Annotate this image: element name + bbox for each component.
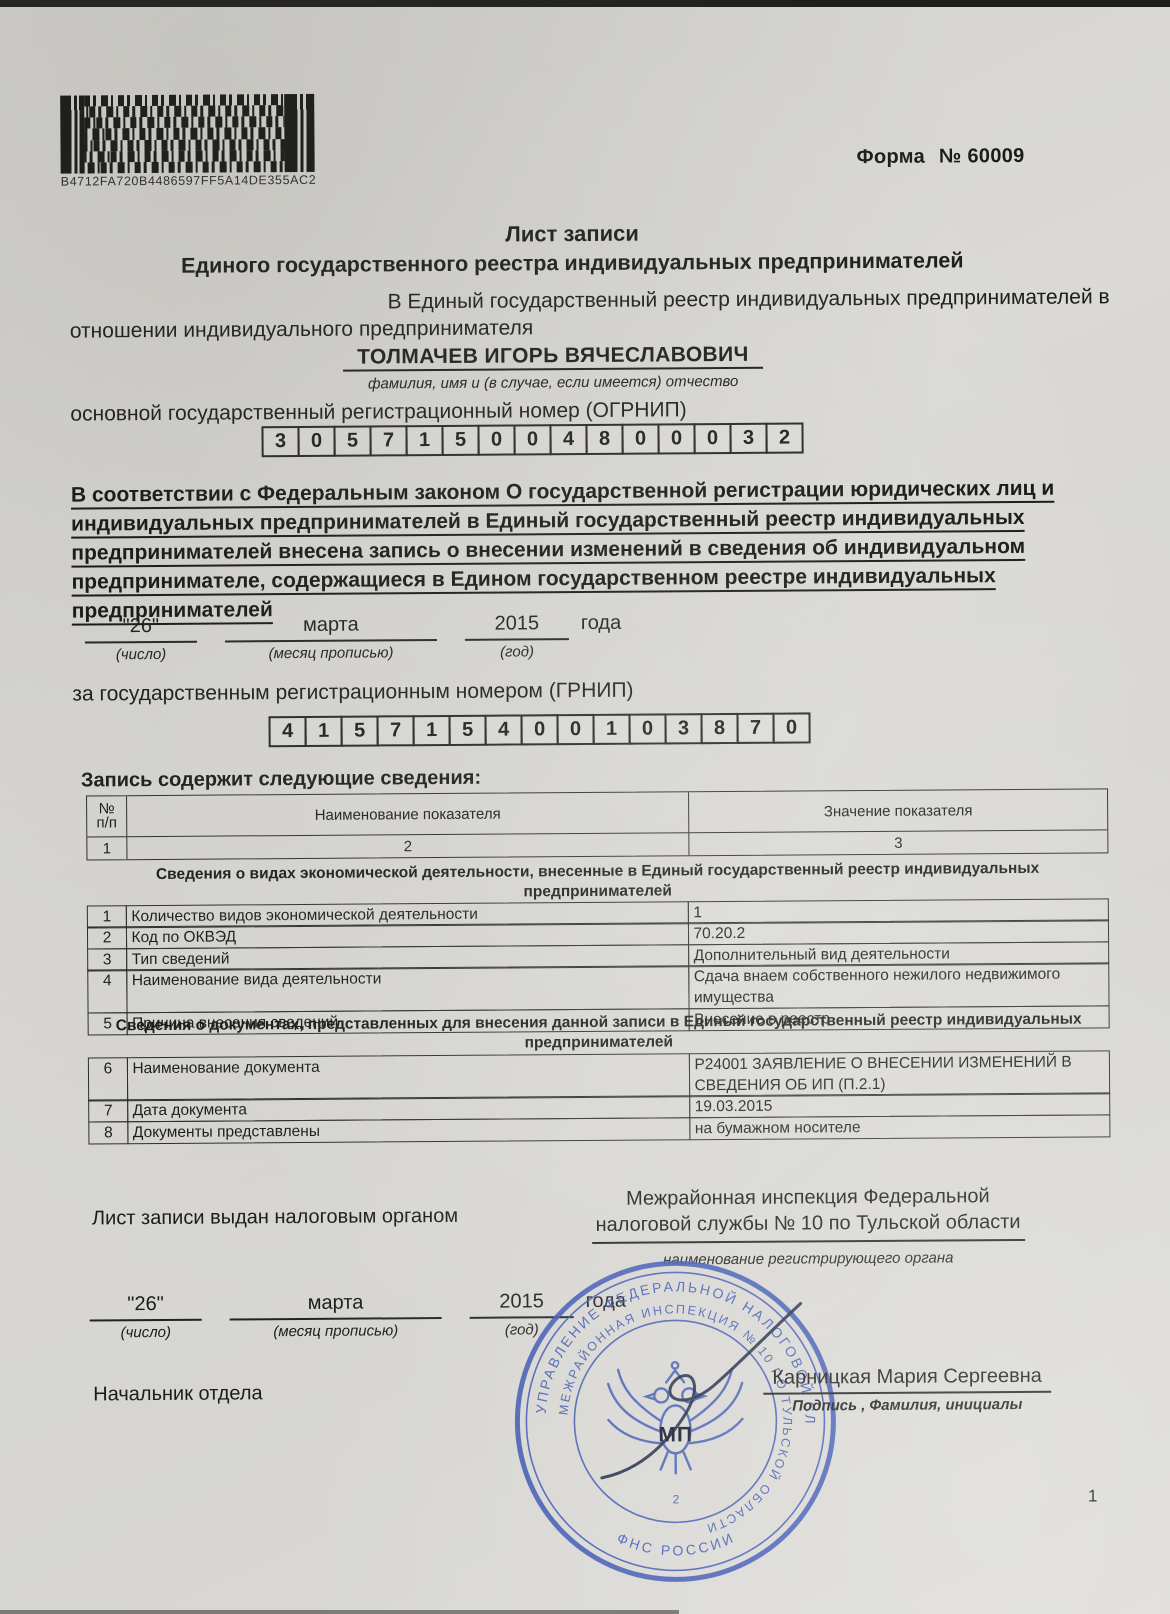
col-index-3: 3 [689,829,1107,855]
name-caption: фамилия, имя и (в случае, если имеется) … [0,370,1108,395]
digit-cell: 5 [333,425,371,456]
signatory-caption: Подпись , Фамилия, инициалы [757,1396,1057,1415]
row-number: 2 [87,926,127,949]
mp-mark: МП [658,1423,693,1447]
digit-cell: 7 [736,713,774,744]
digit-cell: 4 [268,716,306,747]
digit-cell: 1 [405,425,443,456]
document-subtitle: Единого государственного реестра индивид… [0,247,1147,280]
ogrnip-label: основной государственный регистрационный… [70,398,686,426]
date-year-value: 2015 [465,612,569,641]
digit-cell: 8 [585,424,623,455]
table-caption: Запись содержит следующие сведения: [81,767,481,793]
col-header-value: Значение показателя [689,789,1107,832]
issued-by-text: Лист записи выдан налоговым органом [92,1205,458,1231]
digit-cell: 3 [729,423,767,454]
digit-cell: 0 [297,426,335,457]
col-header-num: № п/п [87,796,127,836]
digit-cell: 1 [412,715,450,746]
barcode-rows [84,94,285,173]
barcode-code-text: B4712FA720B4486597FF5A14DE355AC2 [61,173,315,189]
digit-cell: 0 [693,423,731,454]
signatory-position: Начальник отдела [93,1382,263,1406]
grnip-label: за государственным регистрационным номер… [72,679,633,707]
grnip-digit-boxes: 4 1 5 7 1 5 4 0 0 1 0 3 8 7 0 [268,712,810,747]
date-day-label: (число) [85,643,197,664]
col-header-name: Наименование показателя [127,792,689,836]
date-day-label: (число) [90,1321,202,1342]
date-day-field: "26" (число) [85,615,197,664]
barcode-start-pattern [60,95,85,173]
digit-cell: 1 [304,716,342,747]
digit-cell: 0 [772,712,810,743]
seal-bottom-mark: 2 [673,1492,680,1506]
table-header: № п/п Наименование показателя Значение п… [86,788,1108,860]
row-value: Сдача внаем собственного нежилого недвиж… [688,962,1110,1009]
record-date: "26" (число) марта (месяц прописью) 2015… [85,612,622,664]
digit-cell: 8 [700,713,738,744]
digit-cell: 5 [448,715,486,746]
row-number: 1 [87,905,127,928]
row-number: 6 [88,1057,128,1101]
ogrnip-digit-boxes: 3 0 5 7 1 5 0 0 4 8 0 0 0 3 2 [261,422,803,457]
row-name: Документы представлены [127,1117,691,1144]
digit-cell: 5 [340,715,378,746]
form-label: Форма [857,146,926,168]
col-index-2: 2 [127,832,689,859]
date-month-label: (месяц прописью) [225,641,437,662]
digit-cell: 1 [592,714,630,745]
intro-paragraph: В Единый государственный реестр индивиду… [70,283,1130,344]
seal-outer-bottom-text: ФНС РОССИИ [615,1529,738,1559]
authority-line1: Межрайонная инспекция Федеральной [562,1183,1054,1212]
date-day-value: "26" [90,1293,202,1322]
row-number: 4 [87,969,127,1013]
entrepreneur-name: ТОЛМАЧЕВ ИГОРЬ ВЯЧЕСЛАВОВИЧ [0,340,1108,372]
date-month-field: марта (месяц прописью) [225,613,437,662]
barcode-row [85,161,285,174]
digit-cell: 0 [621,423,659,454]
row-number: 3 [87,948,127,971]
digit-cell: 0 [477,424,515,455]
digit-cell: 7 [376,715,414,746]
signatory-name: Карницкая Мария Сергеевна [763,1365,1051,1395]
date-month-label: (месяц прописью) [230,1319,442,1340]
svg-text:ФНС РОССИИ: ФНС РОССИИ [615,1529,738,1559]
barcode-block: B4712FA720B4486597FF5A14DE355AC2 [60,94,315,189]
page-number: 1 [1088,1486,1098,1506]
row-number: 8 [88,1121,128,1144]
digit-cell: 0 [513,424,551,455]
row-value: на бумажном носителе [689,1114,1111,1140]
digit-cell: 0 [520,714,558,745]
row-number: 7 [88,1099,128,1122]
digit-cell: 5 [441,425,479,456]
digit-cell: 4 [549,424,587,455]
document-title: Лист записи [0,217,1147,251]
digit-cell: 3 [261,426,299,457]
digit-cell: 7 [369,425,407,456]
col-num-line2: п/п [96,816,117,830]
signatory-block: Карницкая Мария Сергеевна Подпись , Фами… [757,1365,1057,1415]
date-year-label: (год) [465,640,569,661]
row-name: Наименование документа [126,1053,690,1101]
digit-cell: 0 [556,714,594,745]
scanned-document-sheet: B4712FA720B4486597FF5A14DE355AC2 Форма№ … [0,0,1170,1614]
col-index-1: 1 [87,836,127,859]
digit-cell: 4 [484,714,522,745]
row-value: Р24001 ЗАЯВЛЕНИЕ О ВНЕСЕНИИ ИЗМЕНЕНИЙ В … [688,1050,1110,1097]
date-month-value: марта [225,613,437,642]
date-month-field: марта (месяц прописью) [230,1291,442,1340]
pdf417-barcode [60,94,315,174]
digit-cell: 0 [628,713,666,744]
date-month-value: марта [230,1291,442,1320]
legal-statement: В соответствии с Федеральным законом О г… [71,474,1082,626]
digit-cell: 3 [664,713,702,744]
section2-title: Сведения о документах, представленных дл… [88,1009,1110,1056]
entrepreneur-name-text: ТОЛМАЧЕВ ИГОРЬ ВЯЧЕСЛАВОВИЧ [343,343,763,372]
section2-table: 6 Наименование документа Р24001 ЗАЯВЛЕНИ… [88,1051,1111,1144]
date-suffix: года [581,612,622,635]
form-number: Форма№ 60009 [857,145,1025,169]
digit-cell: 0 [657,423,695,454]
date-day-field: "26" (число) [90,1293,202,1342]
barcode-stop-pattern [284,94,315,172]
scan-edge [0,1610,679,1614]
authority-line2: налоговой службы № 10 по Тульской област… [591,1209,1024,1244]
digit-cell: 2 [765,422,803,453]
date-day-value: "26" [85,615,197,644]
row-name: Наименование вида деятельности [126,965,690,1013]
date-year-field: 2015 (год) [465,612,569,661]
form-value: № 60009 [939,145,1025,168]
